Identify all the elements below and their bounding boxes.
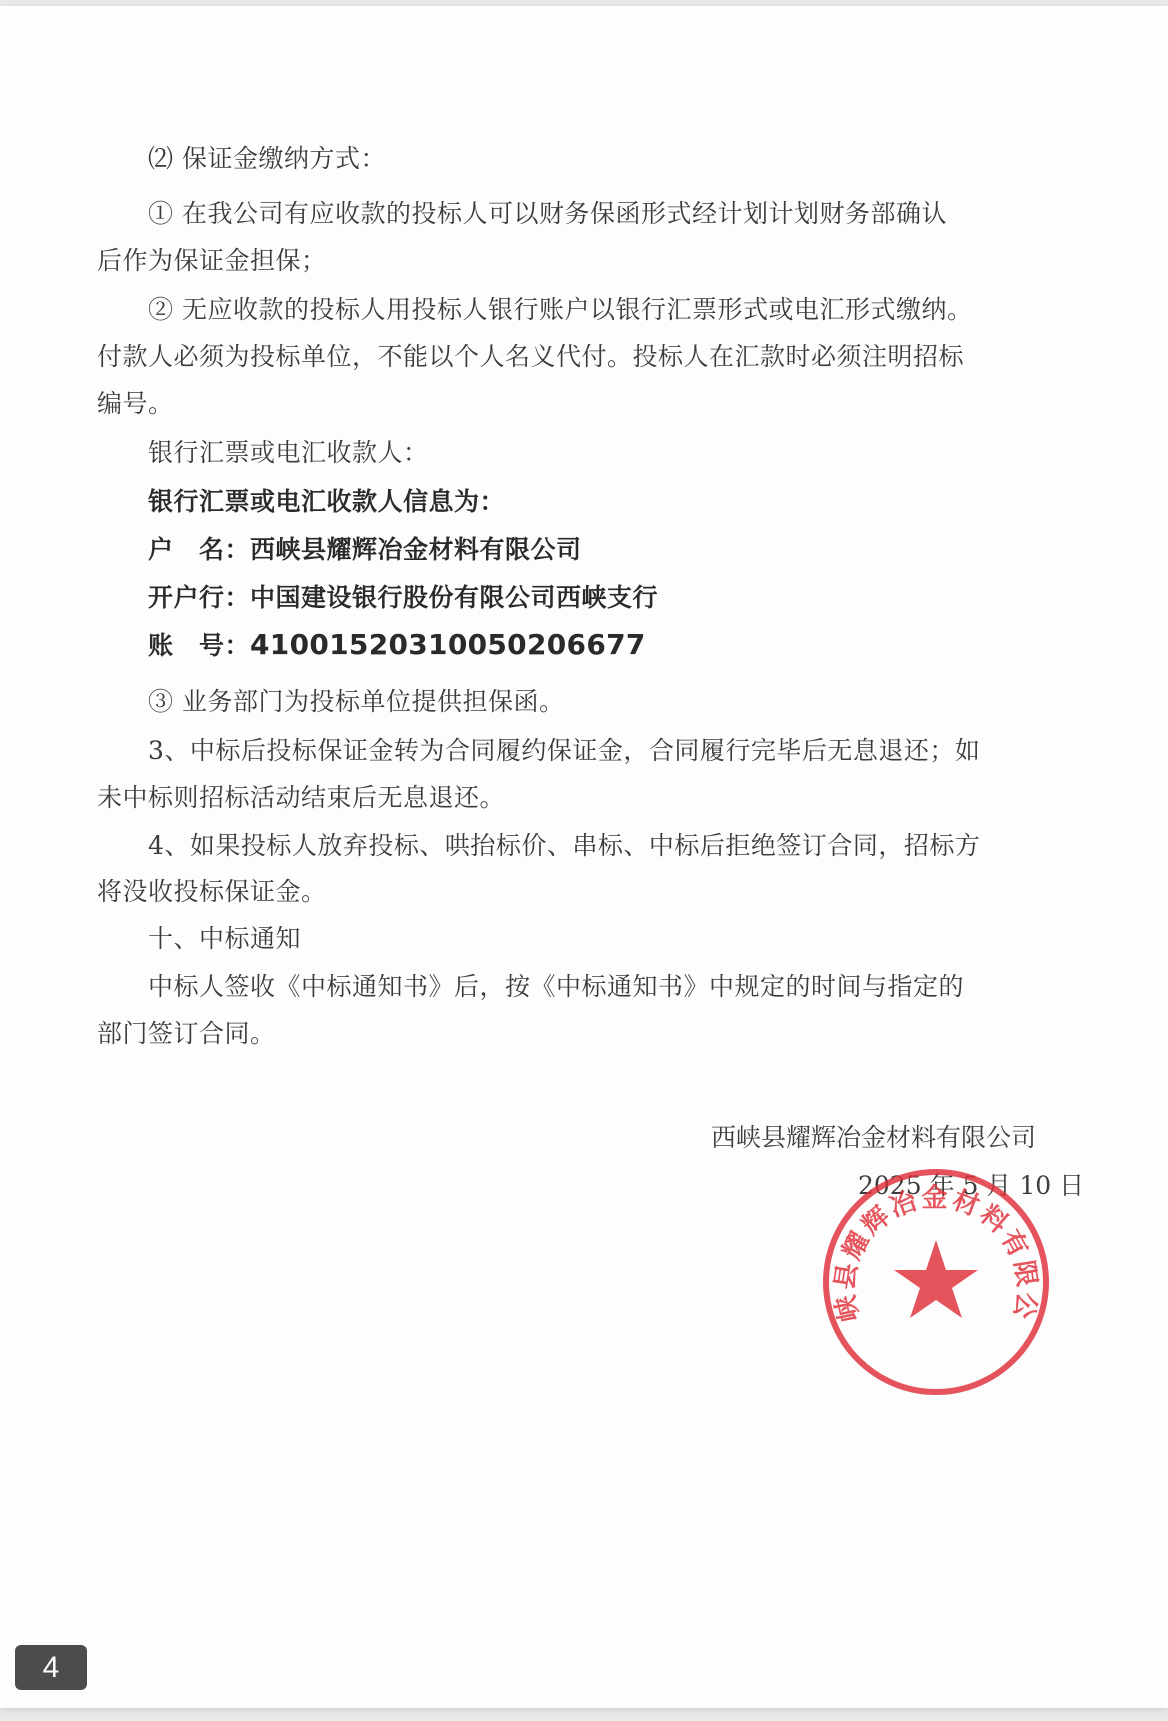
section-heading: 十、中标通知 [148, 924, 301, 954]
paragraph-line: 编号。 [97, 389, 174, 419]
company-seal-icon: 西峡县耀辉冶金材料有限公司 [818, 1164, 1054, 1400]
payee-name-row: 户 名：西峡县耀辉冶金材料有限公司 [148, 535, 582, 565]
paragraph-line: 后作为保证金担保； [97, 246, 327, 276]
paragraph-line: 3、中标后投标保证金转为合同履约保证金，合同履行完毕后无息退还；如 [148, 736, 980, 766]
page-number-badge: 4 [15, 1645, 87, 1690]
paragraph-line: 付款人必须为投标单位，不能以个人名义代付。投标人在汇款时必须注明招标 [97, 342, 964, 372]
payee-account-value: 41001520310050206677 [250, 628, 646, 661]
signature-company: 西峡县耀辉冶金材料有限公司 [711, 1118, 1036, 1154]
payee-bank-value: 中国建设银行股份有限公司西峡支行 [250, 583, 658, 612]
paragraph-line: 4、如果投标人放弃投标、哄抬标价、串标、中标后拒绝签订合同，招标方 [148, 831, 980, 861]
payee-account-label: 账 号： [148, 631, 250, 660]
payee-heading: 银行汇票或电汇收款人： [148, 438, 429, 468]
deposit-method-heading: ⑵ 保证金缴纳方式： [148, 144, 386, 174]
paragraph-line: ② 无应收款的投标人用投标人银行账户以银行汇票形式或电汇形式缴纳。 [148, 295, 972, 325]
payee-name-label: 户 名： [148, 535, 250, 564]
payee-bank-label: 开户行： [148, 583, 250, 612]
payee-bank-row: 开户行：中国建设银行股份有限公司西峡支行 [148, 583, 658, 613]
paragraph-line: 部门签订合同。 [97, 1019, 276, 1049]
payee-info-heading: 银行汇票或电汇收款人信息为： [148, 487, 505, 517]
payee-name-value: 西峡县耀辉冶金材料有限公司 [250, 535, 582, 564]
paragraph-line: 中标人签收《中标通知书》后，按《中标通知书》中规定的时间与指定的 [148, 972, 964, 1002]
paragraph-line: 将没收投标保证金。 [97, 877, 327, 907]
paragraph-line: 未中标则招标活动结束后无息退还。 [97, 783, 505, 813]
document-page: ⑵ 保证金缴纳方式： ① 在我公司有应收款的投标人可以财务保函形式经计划计划财务… [0, 6, 1168, 1708]
payee-account-row: 账 号：41001520310050206677 [148, 630, 646, 661]
paragraph-line: ③ 业务部门为投标单位提供担保函。 [148, 687, 564, 717]
paragraph-line: ① 在我公司有应收款的投标人可以财务保函形式经计划计划财务部确认 [148, 199, 947, 229]
